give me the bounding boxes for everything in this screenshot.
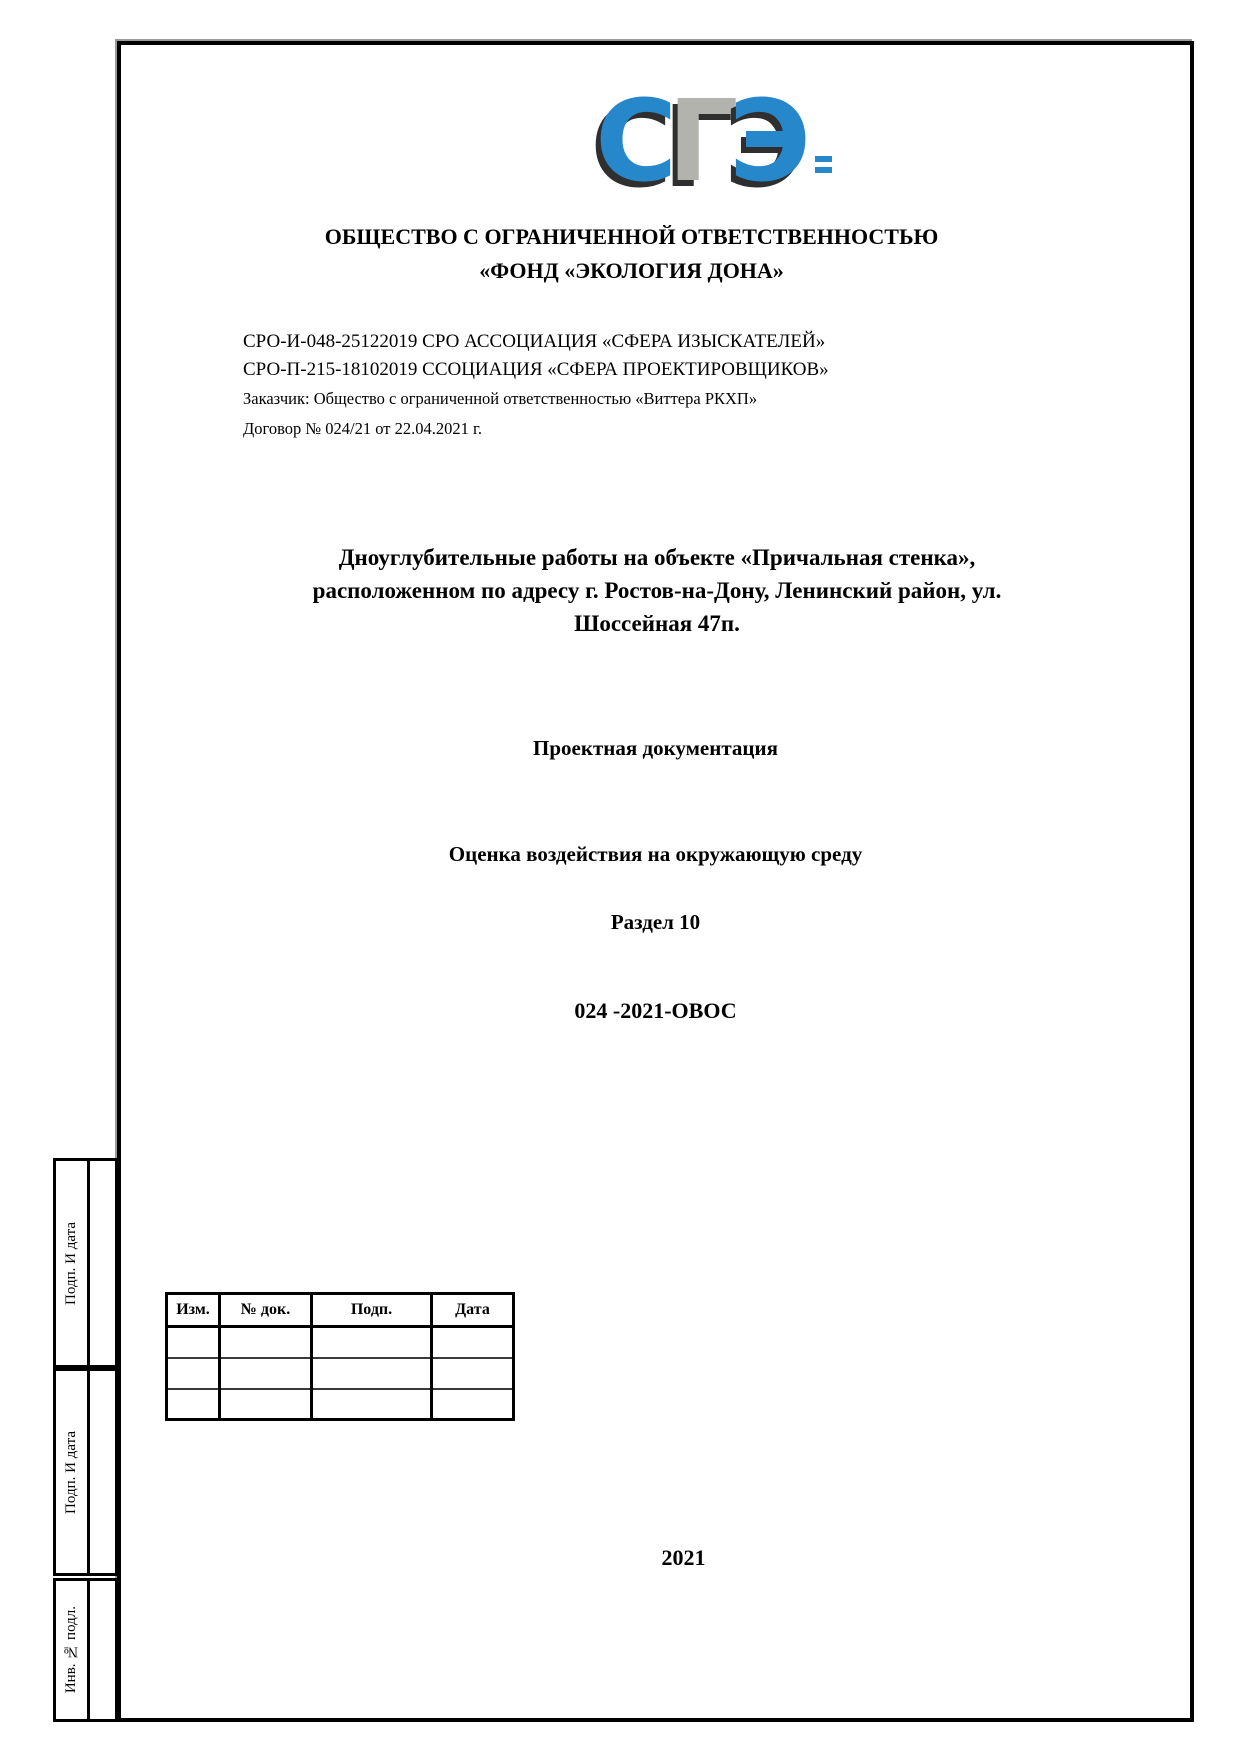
stamp-empty-column [90,1581,115,1719]
project-title-line3: Шоссейная 47п. [157,607,1157,640]
logo-letters: СГЭ [595,82,832,202]
table-cell [312,1358,432,1389]
table-row [167,1389,514,1420]
project-title: Дноуглубительные работы на объекте «Прич… [157,541,1157,640]
revision-table-header-row: Изм. № док. Подп. Дата [167,1294,514,1327]
stamp-empty-column [90,1161,115,1365]
logo-dash-bottom [815,167,832,173]
stamp-box-inv-podl: Инв. № подл. [53,1578,118,1722]
stamp-label-column: Подп. И дата [56,1161,90,1365]
logo-dash-top [815,156,832,162]
sro-line-2: СРО-П-215-18102019 ССОЦИАЦИЯ «СФЕРА ПРОЕ… [243,356,1043,384]
project-title-line2: расположенном по адресу г. Ростов-на-Дон… [157,574,1157,607]
table-cell [312,1327,432,1358]
logo-equals-mark [815,156,832,173]
logo-letter-s: С [595,82,667,202]
doc-type-heading: Проектная документация [117,736,1194,761]
sro-line-1: СРО-И-048-25122019 СРО АССОЦИАЦИЯ «СФЕРА… [243,328,1043,356]
table-cell [167,1327,220,1358]
table-cell [220,1327,312,1358]
revision-table: Изм. № док. Подп. Дата [165,1292,515,1421]
company-name-line1: ОБЩЕСТВО С ОГРАНИЧЕННОЙ ОТВЕТСТВЕННОСТЬЮ [93,220,1170,254]
section-number: Раздел 10 [117,910,1194,935]
project-title-line1: Дноуглубительные работы на объекте «Прич… [157,541,1157,574]
revision-header-data: Дата [432,1294,514,1327]
table-cell [220,1358,312,1389]
company-name-block: ОБЩЕСТВО С ОГРАНИЧЕННОЙ ОТВЕТСТВЕННОСТЬЮ… [93,220,1170,288]
info-block: СРО-И-048-25122019 СРО АССОЦИАЦИЯ «СФЕРА… [243,328,1043,444]
stamp-box-podp-data-1: Подп. И дата [53,1158,118,1368]
table-cell [432,1389,514,1420]
company-logo: СГЭ [117,82,1194,202]
table-row [167,1327,514,1358]
stamp-empty-column [90,1371,115,1573]
table-row [167,1358,514,1389]
assessment-heading: Оценка воздействия на окружающую среду [117,842,1194,867]
company-name-line2: «ФОНД «ЭКОЛОГИЯ ДОНА» [93,254,1170,288]
table-cell [167,1389,220,1420]
stamp-label: Инв. № подл. [63,1606,80,1693]
stamp-label: Подп. И дата [63,1222,80,1305]
table-cell [432,1327,514,1358]
stamp-label-column: Подп. И дата [56,1371,90,1573]
customer-line: Заказчик: Общество с ограниченной ответс… [243,384,1043,414]
revision-header-izm: Изм. [167,1294,220,1327]
contract-line: Договор № 024/21 от 22.04.2021 г. [243,414,1043,444]
stamp-label: Подп. И дата [63,1431,80,1514]
stamp-box-podp-data-2: Подп. И дата [53,1368,118,1576]
logo-letter-g: Г [667,82,728,202]
logo-letter-e: Э [729,82,801,202]
table-cell [312,1389,432,1420]
document-code: 024 -2021-ОВОС [117,998,1194,1024]
table-cell [167,1358,220,1389]
table-cell [220,1389,312,1420]
year-label: 2021 [145,1545,1222,1571]
revision-header-ndok: № док. [220,1294,312,1327]
table-cell [432,1358,514,1389]
revision-header-podp: Подп. [312,1294,432,1327]
stamp-label-column: Инв. № подл. [56,1581,90,1719]
document-frame [117,41,1194,1722]
